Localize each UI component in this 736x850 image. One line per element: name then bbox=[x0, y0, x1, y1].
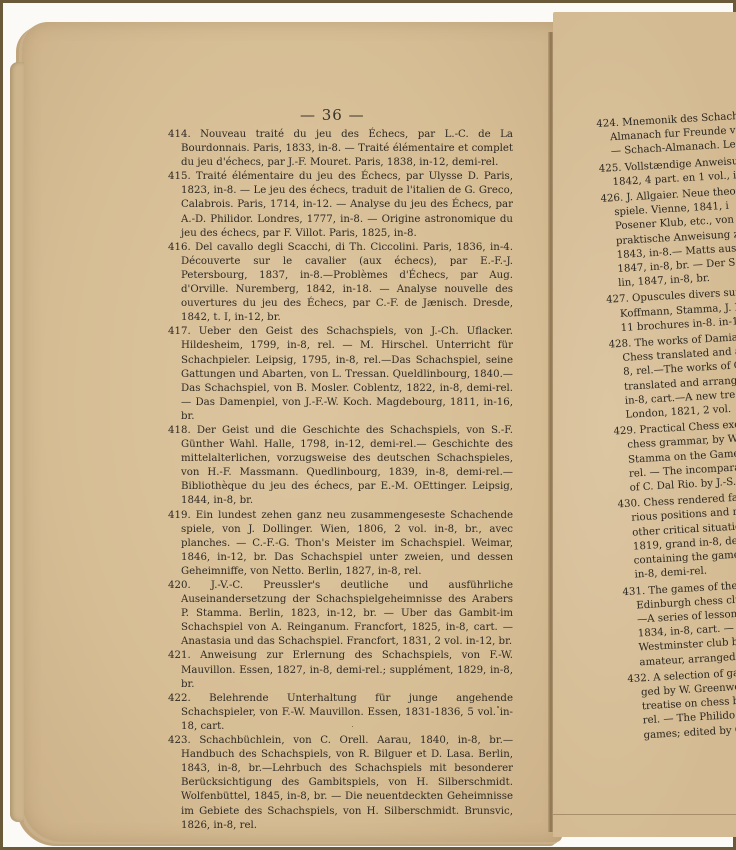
catalog-entry: 420. J.-V.-C. Preussler's deutliche und … bbox=[168, 579, 513, 649]
catalog-entry: 414. Nouveau traité du jeu des Échecs, p… bbox=[168, 128, 513, 170]
catalog-entry: 417. Ueber den Geist des Schachspiels, v… bbox=[168, 325, 513, 424]
catalog-entry: 419. Ein lundest zehen ganz neu zusammen… bbox=[168, 509, 513, 579]
catalog-entry: 421. Anweisung zur Erlernung des Schachs… bbox=[168, 649, 513, 691]
catalog-entry: 415. Traité élémentaire du jeu des Échec… bbox=[168, 170, 513, 240]
left-page-entries: 414. Nouveau traité du jeu des Échecs, p… bbox=[168, 128, 513, 833]
catalog-entry: 423. Schachbüchlein, von C. Orell. Aarau… bbox=[168, 734, 513, 833]
page-number: — 36 — bbox=[300, 106, 365, 124]
catalog-entry: 418. Der Geist und die Geschichte des Sc… bbox=[168, 424, 513, 509]
catalog-entry: 416. Del cavallo degli Scacchi, di Th. C… bbox=[168, 241, 513, 326]
catalog-entry: 422. Belehrende Unterhaltung für junge a… bbox=[168, 692, 513, 734]
